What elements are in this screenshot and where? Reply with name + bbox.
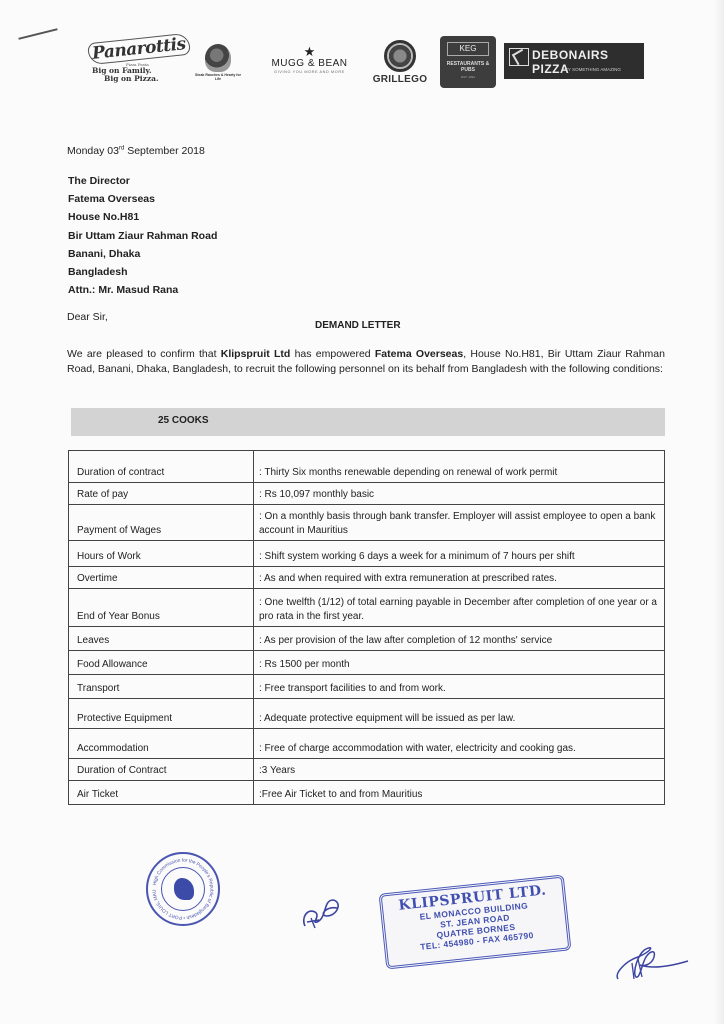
seal-inner-ring xyxy=(161,867,205,911)
attention-line: Attn.: Mr. Masud Rana xyxy=(68,284,178,296)
panarottis-tagline-2: Big on Pizza. xyxy=(104,75,166,83)
table-row: Overtime: As and when required with extr… xyxy=(69,567,665,589)
term-value: : Rs 10,097 monthly basic xyxy=(254,483,665,505)
scan-edge xyxy=(714,0,724,1024)
company-stamp: KLIPSPRUIT LTD. EL MONACCO BUILDING ST. … xyxy=(379,874,572,969)
term-value: : Rs 1500 per month xyxy=(254,651,665,675)
term-label: Transport xyxy=(69,675,254,699)
term-value: :Free Air Ticket to and from Mauritius xyxy=(254,781,665,805)
bangladesh-map-icon xyxy=(174,878,194,900)
address-line: House No.H81 xyxy=(68,208,217,226)
keg-est: EST. 1994 xyxy=(440,75,496,79)
table-row: Transport: Free transport facilities to … xyxy=(69,675,665,699)
address-line: Fatema Overseas xyxy=(68,190,217,208)
letter-title: DEMAND LETTER xyxy=(315,320,401,331)
term-value: : Adequate protective equipment will be … xyxy=(254,699,665,729)
mugg-bean-logo: ★ MUGG & BEAN GIVING YOU MORE AND MORE xyxy=(262,46,357,76)
grillego-wordmark: GRILLEGO xyxy=(372,74,428,85)
terms-table: Duration of contract: Thirty Six months … xyxy=(68,450,665,805)
table-row: Protective Equipment: Adequate protectiv… xyxy=(69,699,665,729)
term-value: : One twelfth (1/12) of total earning pa… xyxy=(254,589,665,627)
keg-logo: KEG RESTAURANTS & PUBS EST. 1994 xyxy=(440,36,496,88)
table-row: Accommodation: Free of charge accommodat… xyxy=(69,729,665,759)
term-label: End of Year Bonus xyxy=(69,589,254,627)
panarottis-logo: Panarottis Pizza Pasta Big on Family. Bi… xyxy=(88,38,166,92)
term-label: Accommodation xyxy=(69,729,254,759)
signature-initials xyxy=(297,892,347,932)
panarottis-wordmark: Panarottis xyxy=(87,33,190,66)
table-row: Leaves: As per provision of the law afte… xyxy=(69,627,665,651)
term-label: Rate of pay xyxy=(69,483,254,505)
term-value: :3 Years xyxy=(254,759,665,781)
indian-head-icon xyxy=(205,44,231,72)
salutation: Dear Sir, xyxy=(67,311,108,323)
company-name: Klipspruit Ltd xyxy=(221,348,291,360)
mugg-bean-sub: GIVING YOU MORE AND MORE xyxy=(262,70,357,74)
director-signature xyxy=(612,943,692,983)
term-label: Leaves xyxy=(69,627,254,651)
term-label: Food Allowance xyxy=(69,651,254,675)
term-value: : Free of charge accommodation with wate… xyxy=(254,729,665,759)
debonairs-tagline: TRY SOMETHING AMAZING xyxy=(562,67,621,72)
term-label: Air Ticket xyxy=(69,781,254,805)
term-value: : Thirty Six months renewable depending … xyxy=(254,451,665,483)
address-line: Bangladesh xyxy=(68,263,217,281)
table-row: Hours of Work: Shift system working 6 da… xyxy=(69,541,665,567)
table-row: End of Year Bonus: One twelfth (1/12) of… xyxy=(69,589,665,627)
recipient-address: The Director Fatema Overseas House No.H8… xyxy=(68,172,217,281)
mugg-bean-wordmark: MUGG & BEAN xyxy=(262,58,357,69)
grillego-logo: GRILLEGO xyxy=(372,40,428,88)
body-paragraph: We are pleased to confirm that Klipsprui… xyxy=(67,347,665,377)
high-commission-seal: High Commission for the People's Republi… xyxy=(146,852,220,926)
term-value: : On a monthly basis through bank transf… xyxy=(254,505,665,541)
term-label: Payment of Wages xyxy=(69,505,254,541)
term-label: Duration of contract xyxy=(69,451,254,483)
position-banner: 25 COOKS xyxy=(71,408,665,436)
table-row: Payment of Wages: On a monthly basis thr… xyxy=(69,505,665,541)
letter-date: Monday 03rd September 2018 xyxy=(67,145,205,157)
term-value: : As and when required with extra remune… xyxy=(254,567,665,589)
term-label: Duration of Contract xyxy=(69,759,254,781)
address-line: The Director xyxy=(68,172,217,190)
term-value: : Shift system working 6 days a week for… xyxy=(254,541,665,567)
term-value: : Free transport facilities to and from … xyxy=(254,675,665,699)
address-line: Bir Uttam Ziaur Rahman Road xyxy=(68,227,217,245)
spur-logo: Steak Ranches & Hearty for Life xyxy=(193,44,243,88)
term-value: : As per provision of the law after comp… xyxy=(254,627,665,651)
debonairs-runner-icon xyxy=(509,48,529,66)
star-icon: ★ xyxy=(262,46,357,58)
term-label: Hours of Work xyxy=(69,541,254,567)
debonairs-logo: DEBONAIRS PIZZA TRY SOMETHING AMAZING xyxy=(504,43,644,79)
agent-name: Fatema Overseas xyxy=(375,348,463,360)
table-row: Food Allowance: Rs 1500 per month xyxy=(69,651,665,675)
pen-mark xyxy=(18,28,57,40)
term-label: Overtime xyxy=(69,567,254,589)
position-label: 25 COOKS xyxy=(158,415,209,426)
keg-wordmark: KEG xyxy=(447,42,489,56)
table-row: Air Ticket:Free Air Ticket to and from M… xyxy=(69,781,665,805)
spur-sub: Steak Ranches & Hearty for Life xyxy=(193,73,243,81)
table-row: Duration of Contract:3 Years xyxy=(69,759,665,781)
table-row: Rate of pay: Rs 10,097 monthly basic xyxy=(69,483,665,505)
keg-sub: RESTAURANTS & PUBS xyxy=(440,61,496,73)
grillego-badge-icon xyxy=(384,40,416,72)
table-row: Duration of contract: Thirty Six months … xyxy=(69,451,665,483)
term-label: Protective Equipment xyxy=(69,699,254,729)
address-line: Banani, Dhaka xyxy=(68,245,217,263)
